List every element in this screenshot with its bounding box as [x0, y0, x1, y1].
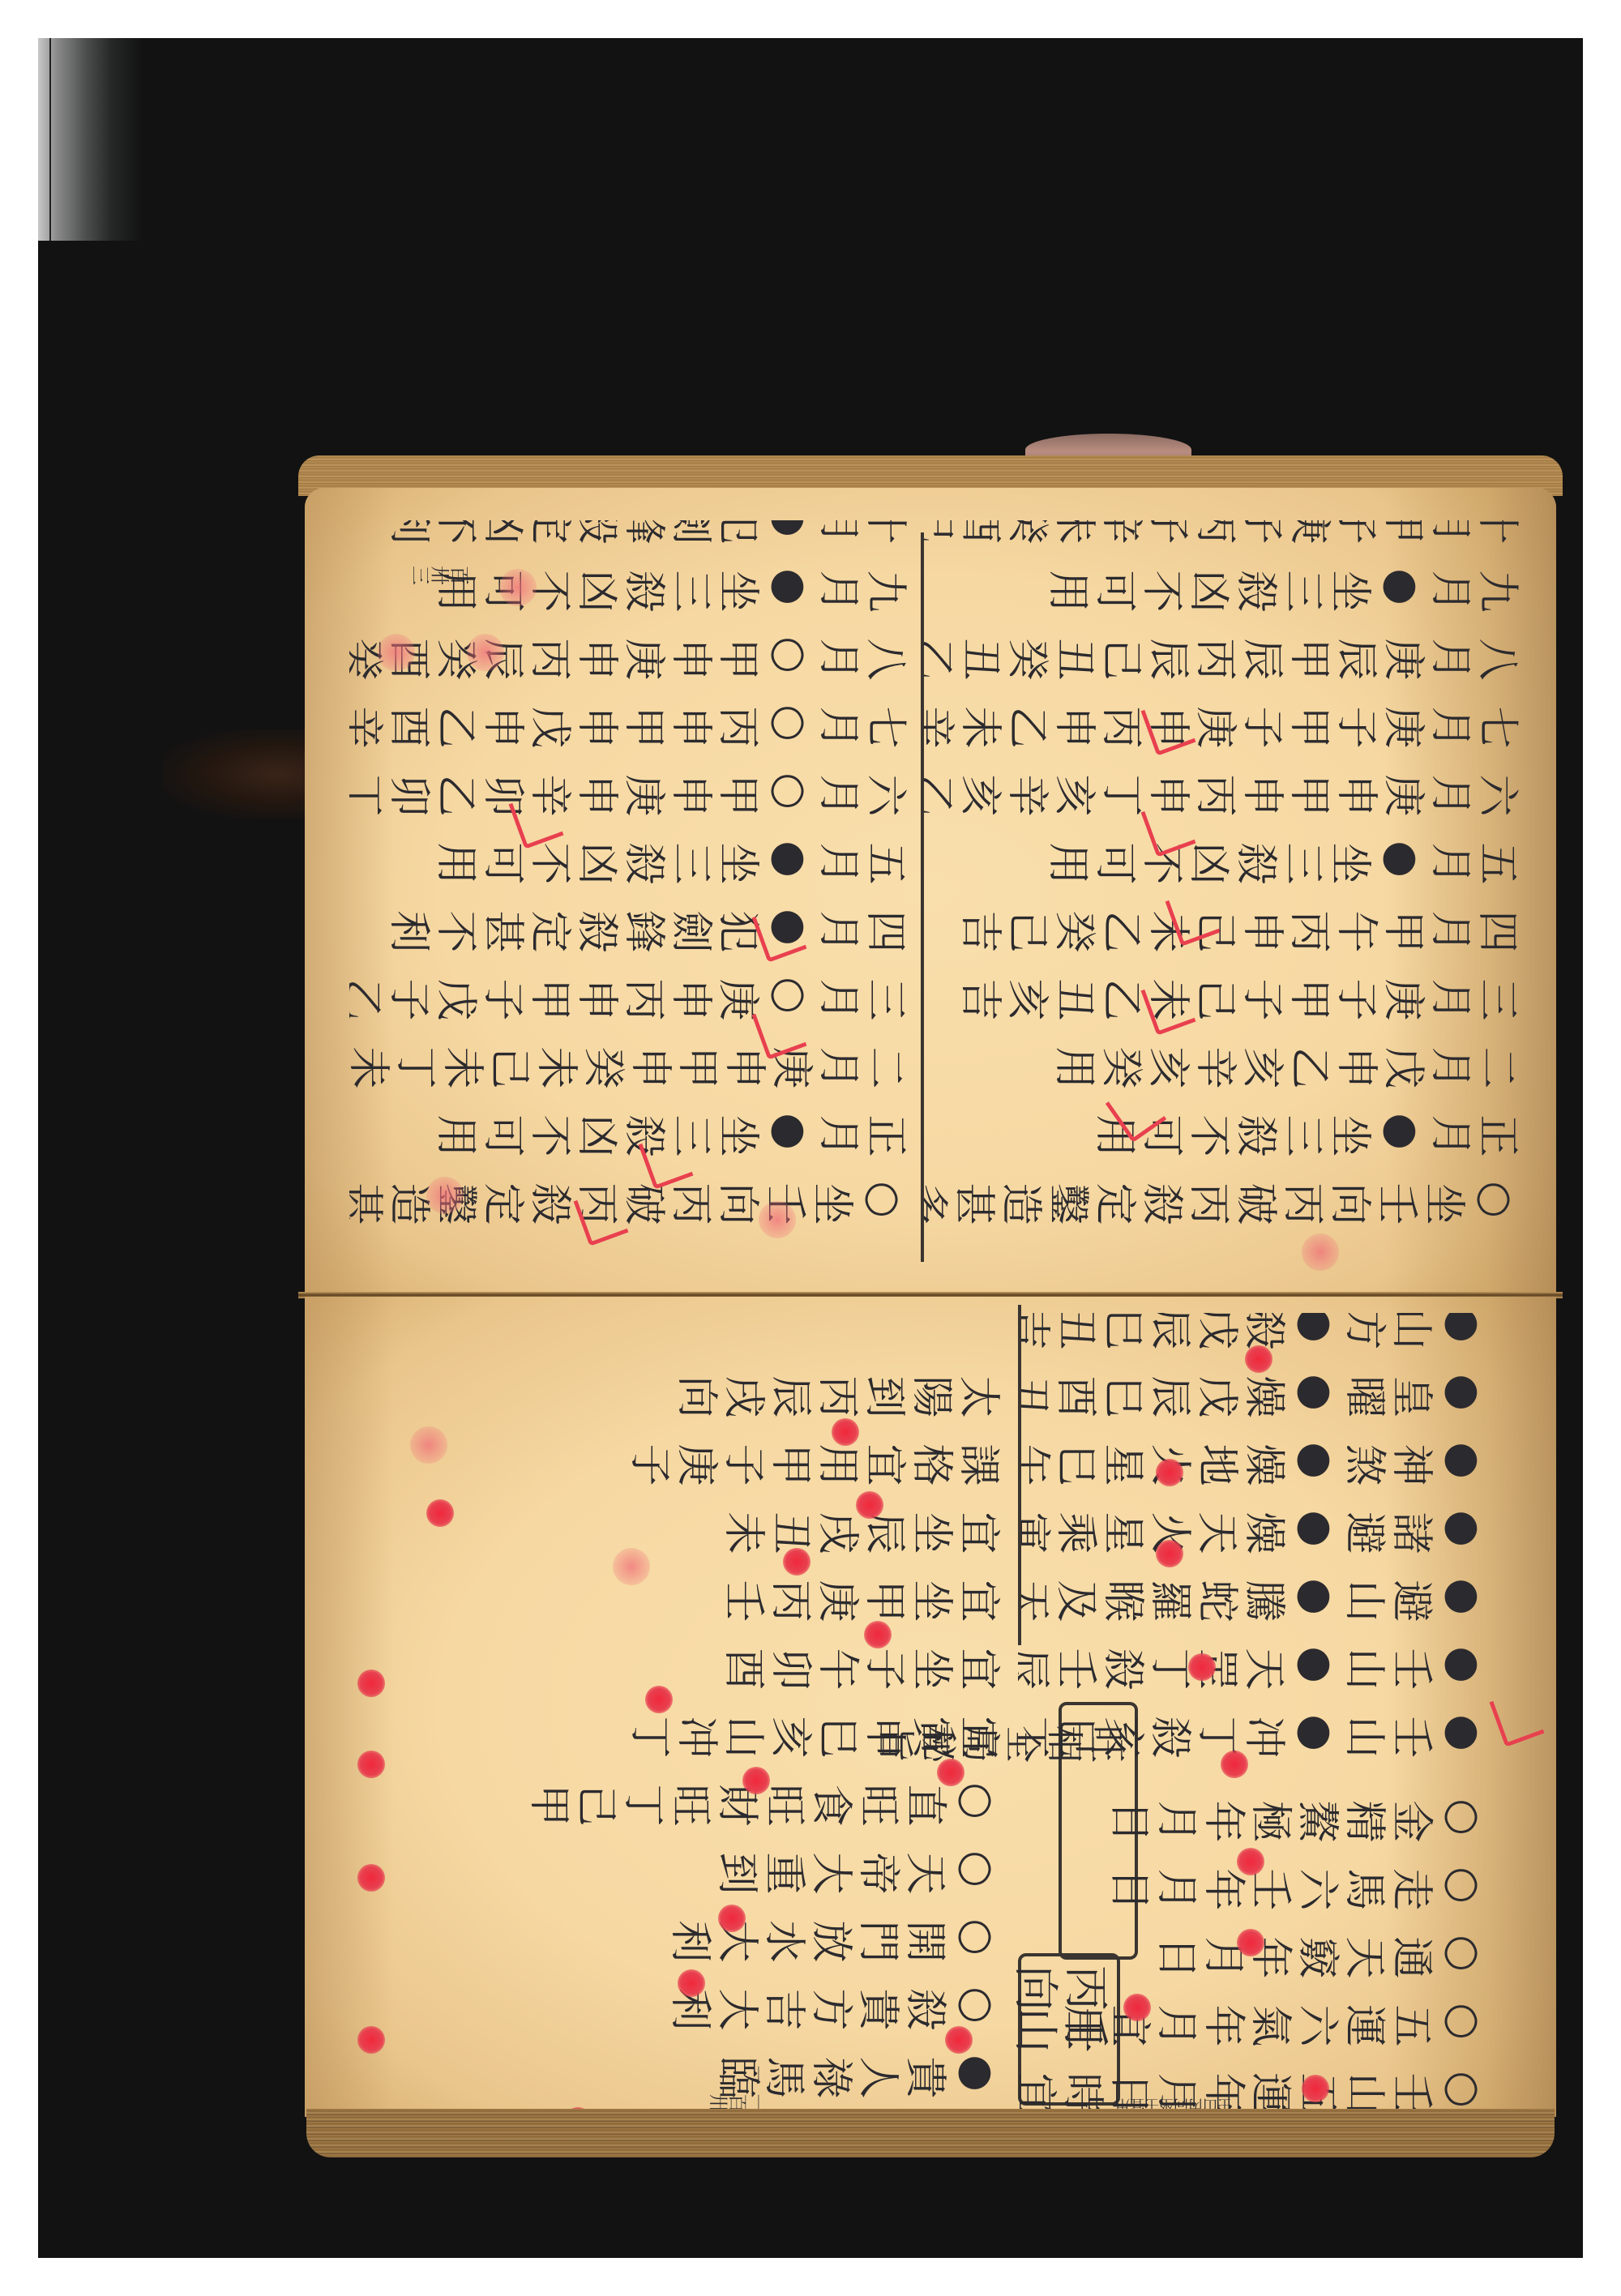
red-seal-dot	[678, 1969, 705, 1997]
text-column: ○開門放水大利	[337, 1903, 1002, 1971]
top-page: ○坐壬向丙破丙殺定鑿造甚多遂月吉日定局 正月●坐三殺不可用 二月戊申乙亥辛亥癸用…	[305, 488, 1556, 1294]
red-seal-dot	[1237, 1848, 1264, 1875]
text-column: ○壬山五運年月日時宜用	[1018, 2055, 1488, 2117]
bottom-page: 壬山 丙向 旺相全局秘旨 ●壬山●冲丁殺亥巳丁辛丑吉 ●壬山●天罡丁殺壬辰丁辛酉…	[305, 1297, 1556, 2117]
text-column: 五月●坐三殺凶不可用	[349, 825, 909, 893]
text-column: 三月○庚申丙申甲子戊子乙酉癸酉吉	[349, 961, 909, 1029]
text-column: 七月○丙申甲申戊申乙酉辛酉吉	[349, 689, 909, 757]
lower-text-block: ○坐壬向丙破丙殺定鑿造甚多遂月吉日定局 正月●坐三殺凶不可用 二月庚申甲申癸未己…	[349, 520, 909, 1234]
red-seal-dot	[759, 1201, 796, 1238]
scanner-glare	[38, 38, 143, 241]
text-column: 四月●犯劍鋒殺定甚不利	[349, 893, 909, 961]
text-column: 二月庚申甲申癸未己未丁未辛未吉	[349, 1029, 909, 1097]
red-seal-dot	[357, 1670, 385, 1697]
text-column: 八月○甲申庚申丙辰癸酉癸丑吉	[349, 621, 909, 689]
red-seal-dot	[499, 569, 537, 606]
red-seal-dot	[937, 1759, 964, 1786]
text-column: ●貴人祿馬臨	[337, 2039, 1002, 2107]
red-seal-dot	[856, 1491, 883, 1519]
page-number: 百卅三	[412, 560, 470, 588]
red-seal-dot	[832, 1418, 859, 1446]
text-column: ○殺貴方吉大利	[337, 1971, 1002, 2039]
red-seal-dot	[467, 634, 504, 671]
red-seal-dot	[410, 1426, 447, 1464]
red-seal-dot	[945, 2026, 973, 2054]
red-seal-dot	[357, 1864, 385, 1892]
text-column: 九月●坐三殺凶不可用	[921, 553, 1520, 621]
upper-columns: ●壬山●冲丁殺亥巳丁辛丑吉 ●壬山●天罡丁殺壬辰丁辛酉吉 ●避山●騰蛇羅睺及天罡…	[1018, 1313, 1488, 1767]
text-column: 宜坐甲庚丙壬	[337, 1563, 1002, 1631]
text-column: 六月庚申甲申丙申丁亥辛亥乙亥吉	[921, 757, 1520, 825]
text-column: ○直旺食旺財旺丁己甲	[337, 1767, 1002, 1835]
page-stack-bottom-edge	[306, 2109, 1555, 2157]
red-seal-dot	[1245, 1345, 1272, 1373]
text-column: 宜寅申巳亥山冲丁	[337, 1699, 1002, 1767]
red-seal-dot	[1221, 1751, 1248, 1778]
text-column: 六月○甲申庚申辛卯乙卯丁酉癸酉丁亥吉	[349, 757, 909, 825]
text-column: 宜坐子午卯酉	[337, 1631, 1002, 1699]
text-column: 八月庚辰甲辰丙辰己丑癸丑乙巳吉	[921, 621, 1520, 689]
text-column: ○天帝大重到	[337, 1835, 1002, 1903]
text-column: ●諸避●燥天火星乘寅申金神犯	[1018, 1494, 1488, 1563]
red-seal-dot	[426, 1177, 464, 1214]
red-seal-dot	[378, 634, 415, 671]
red-seal-dot	[864, 1621, 892, 1648]
text-column: ○坐壬向丙破丙殺定鑿造甚多遂月吉日定局	[921, 1165, 1520, 1234]
text-column: ●壬山●天罡丁殺壬辰丁辛酉吉	[1018, 1631, 1488, 1699]
red-seal-dot	[357, 2026, 385, 2054]
upper-text-block: ○坐壬向丙破丙殺定鑿造甚多遂月吉日定局 正月●坐三殺不可用 二月戊申乙亥辛亥癸用…	[921, 520, 1520, 1234]
red-seal-dot	[742, 1767, 770, 1794]
red-seal-dot	[783, 1548, 810, 1576]
lower-columns: ○坐壬向丙破丙殺定鑿造甚多遂月吉日定局 正月●坐三殺凶不可用 二月庚申甲申癸未己…	[349, 520, 909, 1234]
text-column: 正月●坐三殺凶不可用	[349, 1097, 909, 1165]
text-column: 十月甲子庚子丙子辛未癸酉己酉乙酉吉	[921, 520, 1520, 553]
column-divider	[921, 532, 924, 1262]
text-column: 二月戊申乙亥辛亥癸用	[921, 1029, 1520, 1097]
red-seal-dot	[1188, 1653, 1216, 1681]
upper-columns: ○坐壬向丙破丙殺定鑿造甚多遂月吉日定局 正月●坐三殺不可用 二月戊申乙亥辛亥癸用…	[921, 520, 1520, 1234]
text-column: ●神煞●燥地火星巳午金神犯	[1018, 1426, 1488, 1494]
hand-shadow	[162, 729, 308, 819]
red-seal-dot	[426, 1499, 454, 1527]
open-book: ○坐壬向丙破丙殺定鑿造甚多遂月吉日定局 正月●坐三殺不可用 二月戊申乙亥辛亥癸用…	[298, 455, 1563, 2157]
red-seal-dot	[718, 1905, 746, 1932]
text-column: 五月●坐三殺凶不可用	[921, 825, 1520, 893]
red-seal-dot	[1123, 1994, 1151, 2021]
column-divider	[1018, 1305, 1021, 1645]
red-seal-dot	[1237, 1929, 1264, 1956]
text-column: 三月庚子甲子己未乙丑亥吉	[921, 961, 1520, 1029]
text-column: ○金精鰲極年月日	[1018, 1783, 1488, 1851]
text-column: 正月●坐三殺不可用	[921, 1097, 1520, 1165]
page-number: 一百卅一	[709, 2059, 768, 2116]
text-column: 十月●犯劍鋒殺定凶不利	[349, 520, 909, 553]
red-seal-dot	[613, 1548, 650, 1585]
text-column: 四月甲午丙申己未乙癸己吉	[921, 893, 1520, 961]
text-column: ●壬山●冲丁殺亥巳丁辛丑吉	[1018, 1699, 1488, 1767]
red-seal-dot	[357, 1751, 385, 1778]
text-column: ○五運六氣年月宜用	[1018, 1987, 1488, 2055]
red-seal-dot	[1156, 1540, 1183, 1567]
text-column: 七月庚子甲子庚申丙申乙未辛未吉	[921, 689, 1520, 757]
text-column: ●避山●騰蛇羅睺及天罡羊刃	[1018, 1563, 1488, 1631]
text-column: 太陽到丙辰戌向	[337, 1358, 1002, 1426]
red-seal-dot	[645, 1686, 673, 1713]
upper-columns-block: ●壬山●冲丁殺亥巳丁辛丑吉 ●壬山●天罡丁殺壬辰丁辛酉吉 ●避山●騰蛇羅睺及天罡…	[1018, 1313, 1488, 1767]
red-seal-dot	[1302, 1234, 1339, 1271]
red-seal-dot	[1156, 1459, 1183, 1486]
red-seal-dot	[1302, 2075, 1329, 2102]
